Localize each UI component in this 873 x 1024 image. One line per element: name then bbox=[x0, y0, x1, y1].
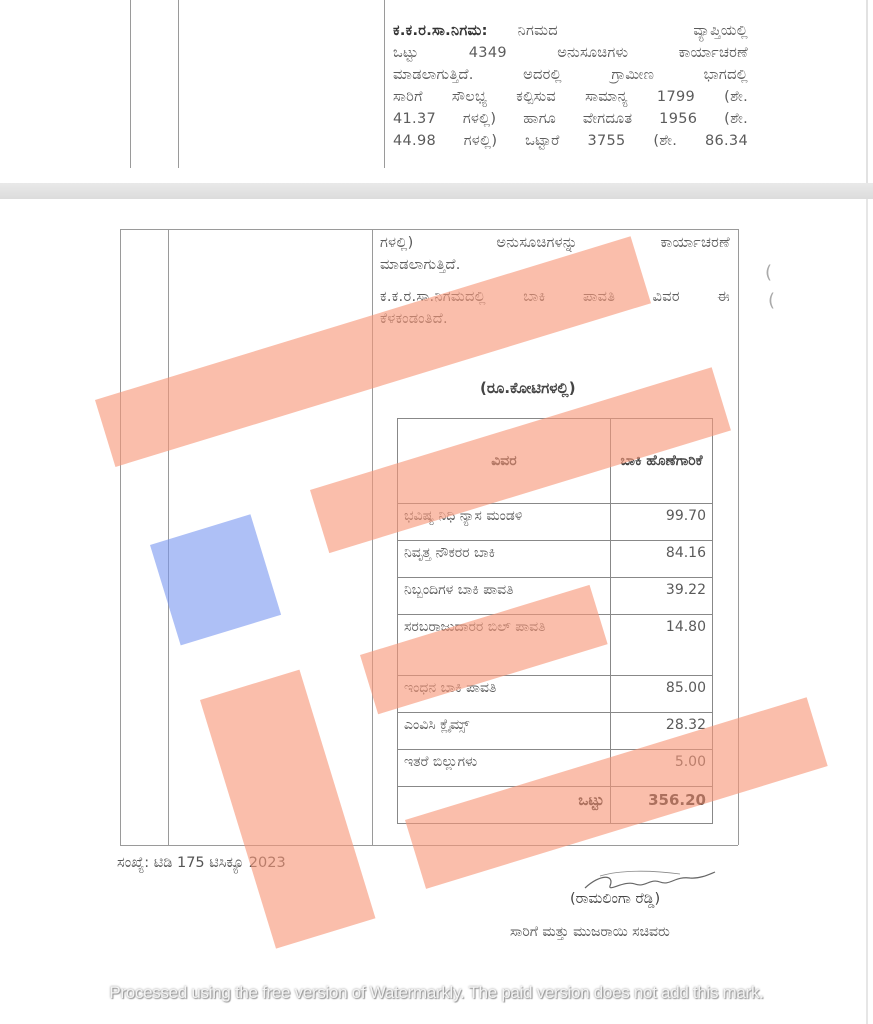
row-label: ಎಂವಿಸಿ ಕ್ಲೈಮ್ಸ್ bbox=[398, 713, 611, 750]
table-border-col2 bbox=[178, 0, 179, 168]
corporation-label: ಕ.ಕ.ರ.ಸಾ.ನಿಗಮ: bbox=[393, 20, 488, 42]
row-value: 85.00 bbox=[611, 676, 713, 713]
table-top-border bbox=[120, 229, 738, 230]
table-border-col2 bbox=[168, 229, 169, 845]
watermark-text: Processed using the free version of Wate… bbox=[0, 983, 873, 1003]
margin-mark: ( bbox=[768, 290, 775, 311]
row-value: 39.22 bbox=[611, 578, 713, 615]
row-value: 84.16 bbox=[611, 541, 713, 578]
table-border-left bbox=[130, 0, 131, 168]
table-row: ನಿವೃತ್ತ ನೌಕರರ ಬಾಕಿ84.16 bbox=[398, 541, 713, 578]
unit-label: (ರೂ.ಕೋಟಿಗಳಲ್ಲಿ) bbox=[480, 379, 576, 397]
table-border-left bbox=[120, 229, 121, 845]
margin-mark: ( bbox=[765, 262, 772, 283]
row-value: 99.70 bbox=[611, 504, 713, 541]
page-top-fragment: ಕ.ಕ.ರ.ಸಾ.ನಿಗಮ: ನಿಗಮದ ವ್ಯಾಪ್ತಿಯಲ್ಲಿ ಒಟ್ಟು… bbox=[0, 0, 868, 183]
page-separator bbox=[0, 183, 873, 199]
signer-name: (ರಾಮಲಿಂಗಾ ರೆಡ್ಡಿ) bbox=[570, 891, 660, 907]
row-label: ನಿವೃತ್ತ ನೌಕರರ ಬಾಕಿ bbox=[398, 541, 611, 578]
signer-title: ಸಾರಿಗೆ ಮತ್ತು ಮುಜರಾಯಿ ಸಚಿವರು bbox=[510, 924, 670, 940]
top-paragraph: ಕ.ಕ.ರ.ಸಾ.ನಿಗಮ: ನಿಗಮದ ವ್ಯಾಪ್ತಿಯಲ್ಲಿ ಒಟ್ಟು… bbox=[393, 20, 748, 152]
row-value: 14.80 bbox=[611, 615, 713, 676]
table-border-col3 bbox=[384, 0, 385, 168]
